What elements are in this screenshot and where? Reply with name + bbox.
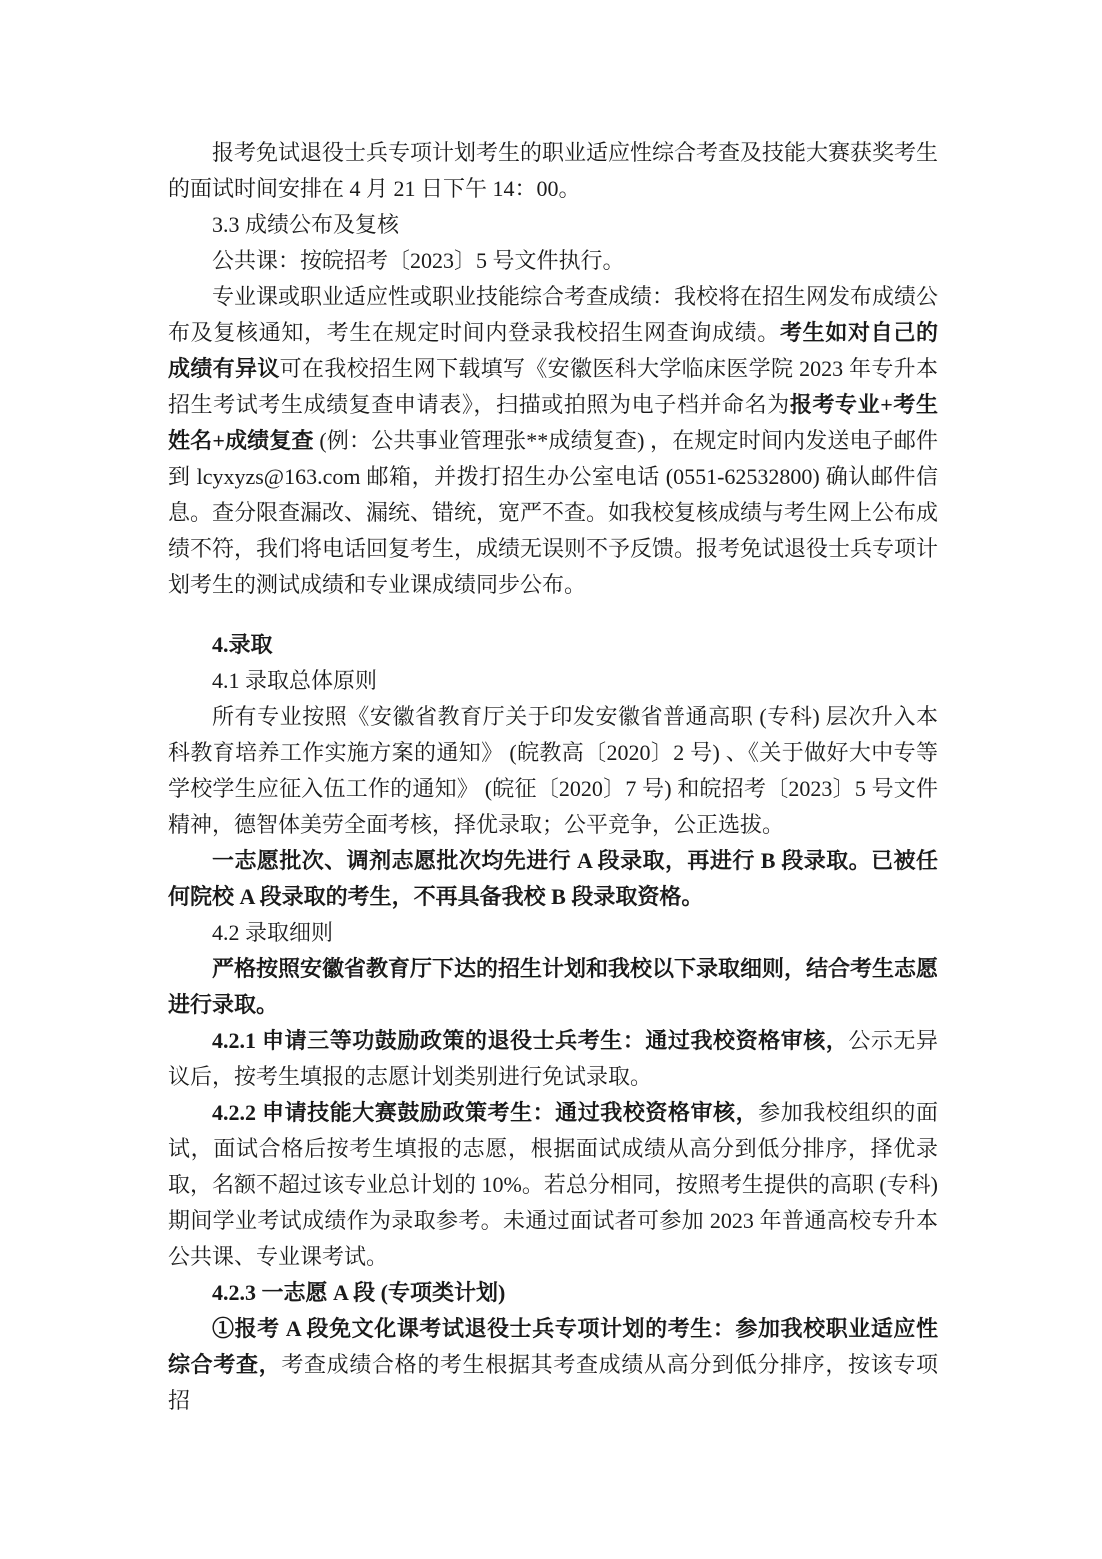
paragraph-admission-principles: 所有专业按照《安徽省教育厅关于印发安徽省普通高职 (专科) 层次升入本科教育培养… <box>168 699 938 843</box>
paragraph-strict-plan: 严格按照安徽省教育厅下达的招生计划和我校以下录取细则，结合考生志愿进行录取。 <box>168 951 938 1023</box>
bold-text-segment: 4.录取 <box>212 632 273 657</box>
paragraph-section-4-1-title: 4.1 录取总体原则 <box>168 663 938 699</box>
document-page: 报考免试退役士兵专项计划考生的职业适应性综合考查及技能大赛获奖考生的面试时间安排… <box>0 0 1102 1559</box>
paragraph-score-review: 专业课或职业适应性或职业技能综合考查成绩：我校将在招生网发布成绩公布及复核通知，… <box>168 279 938 603</box>
text-segment: 公共课：按皖招考〔2023〕5 号文件执行。 <box>212 248 625 273</box>
text-segment: 所有专业按照《安徽省教育厅关于印发安徽省普通高职 (专科) 层次升入本科教育培养… <box>168 704 938 837</box>
heading-section-4: 4.录取 <box>168 627 938 663</box>
paragraph-section-4-2-title: 4.2 录取细则 <box>168 915 938 951</box>
paragraph-rule-4-2-2: 4.2.2 申请技能大赛鼓励政策考生：通过我校资格审核，参加我校组织的面试，面试… <box>168 1095 938 1275</box>
bold-text-segment: 4.2.2 申请技能大赛鼓励政策考生：通过我校资格审核， <box>212 1100 758 1125</box>
text-segment: 4.1 录取总体原则 <box>212 668 377 693</box>
paragraph-rule-4-2-3-title: 4.2.3 一志愿 A 段 (专项类计划) <box>168 1275 938 1311</box>
bold-text-segment: 一志愿批次、调剂志愿批次均先进行 A 段录取，再进行 B 段录取。已被任何院校 … <box>168 848 938 909</box>
text-segment: 4.2 录取细则 <box>212 920 333 945</box>
document-body: 报考免试退役士兵专项计划考生的职业适应性综合考查及技能大赛获奖考生的面试时间安排… <box>168 135 938 1419</box>
paragraph-rule-4-2-1: 4.2.1 申请三等功鼓励政策的退役士兵考生：通过我校资格审核，公示无异议后，按… <box>168 1023 938 1095</box>
bold-text-segment: 4.2.1 申请三等功鼓励政策的退役士兵考生：通过我校资格审核， <box>212 1028 848 1053</box>
paragraph-public-course: 公共课：按皖招考〔2023〕5 号文件执行。 <box>168 243 938 279</box>
text-segment: 参加我校组织的面试，面试合格后按考生填报的志愿，根据面试成绩从高分到低分排序，择… <box>168 1100 938 1269</box>
bold-text-segment: 严格按照安徽省教育厅下达的招生计划和我校以下录取细则，结合考生志愿进行录取。 <box>168 956 938 1017</box>
paragraph-rule-4-2-3-item1: ①报考 A 段免文化课考试退役士兵专项计划的考生：参加我校职业适应性综合考查，考… <box>168 1311 938 1419</box>
paragraph-section-3-3-title: 3.3 成绩公布及复核 <box>168 207 938 243</box>
text-segment: 3.3 成绩公布及复核 <box>212 212 399 237</box>
text-segment: 考查成绩合格的考生根据其考查成绩从高分到低分排序，按该专项招 <box>168 1352 938 1413</box>
paragraph-interview-time: 报考免试退役士兵专项计划考生的职业适应性综合考查及技能大赛获奖考生的面试时间安排… <box>168 135 938 207</box>
text-segment: (例：公共事业管理张**成绩复查) ，在规定时间内发送电子邮件到 lcyxyzs… <box>168 428 938 597</box>
bold-text-segment: 4.2.3 一志愿 A 段 (专项类计划) <box>212 1280 505 1305</box>
text-segment: 报考免试退役士兵专项计划考生的职业适应性综合考查及技能大赛获奖考生的面试时间安排… <box>168 140 938 201</box>
paragraph-ab-section-order: 一志愿批次、调剂志愿批次均先进行 A 段录取，再进行 B 段录取。已被任何院校 … <box>168 843 938 915</box>
